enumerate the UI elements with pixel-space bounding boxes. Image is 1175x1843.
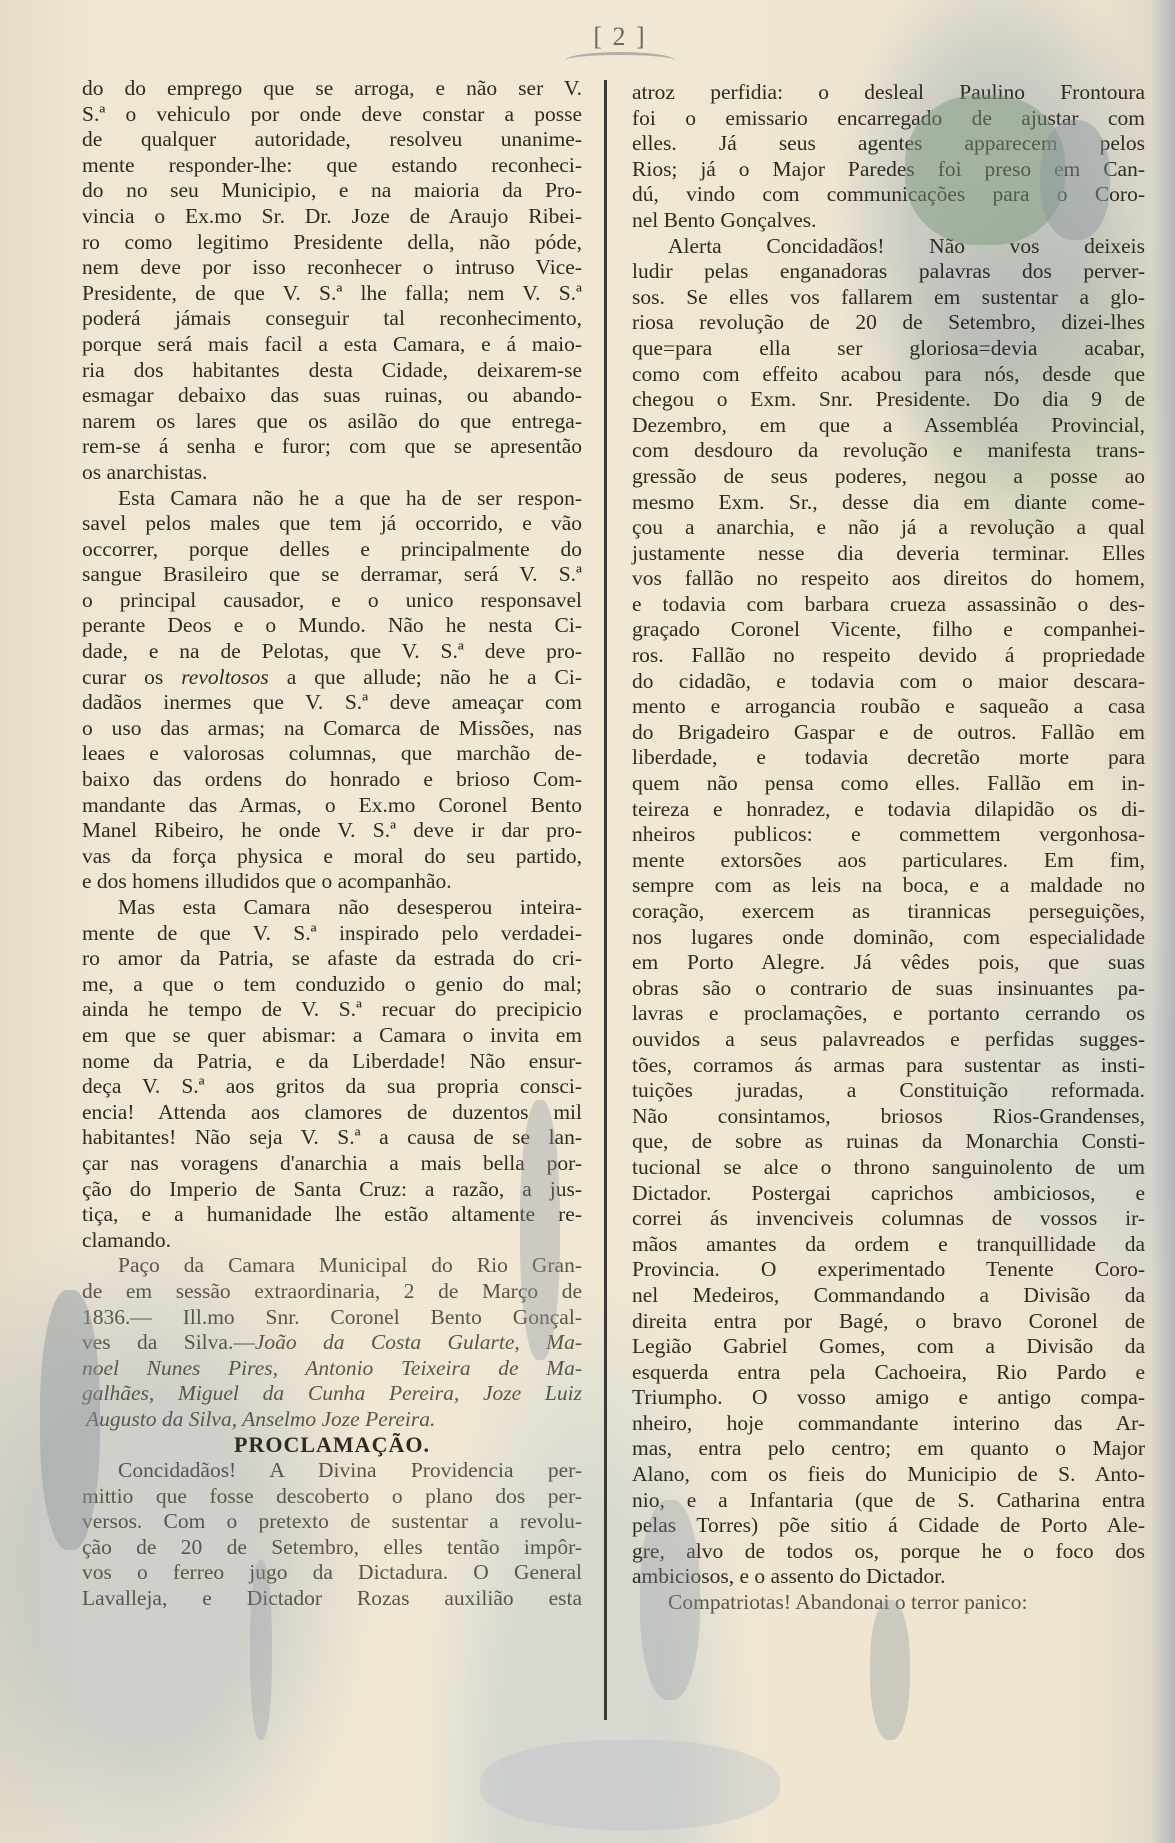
text-line: os anarchistas. <box>82 460 582 486</box>
text-line: do do emprego que se arroga, e não ser V… <box>82 76 582 102</box>
text-line: Provincia. O experimentado Tenente Coro- <box>632 1257 1145 1283</box>
text-line: perante Deos e o Mundo. Não he nesta Ci- <box>82 613 582 639</box>
text-line: sempre com as leis na boca, e a maldade … <box>632 873 1145 899</box>
text-line: como com effeito acabou para nós, desde … <box>632 362 1145 388</box>
text-fragment: a que allude; não he a Ci- <box>269 665 582 689</box>
text-line: Dezembro, em que a Assembléa Provincial, <box>632 413 1145 439</box>
page-number-flourish <box>565 52 675 69</box>
signature-block: Paço da Camara Municipal do Rio Gran- de… <box>82 1253 582 1432</box>
text-line: me, a que o tem conduzido o genio do mal… <box>82 972 582 998</box>
text-line: nheiros publicos: e commettem vergonhosa… <box>632 822 1145 848</box>
paragraph-responsibility: Esta Camara não he a que ha de ser respo… <box>82 486 582 896</box>
text-line: em Porto Alegre. Já vêdes pois, que suas <box>632 950 1145 976</box>
text-line: sangue Brasileiro que se derramar, será … <box>82 562 582 588</box>
text-line-mixed: curar os revoltosos a que allude; não he… <box>82 665 582 691</box>
text-line: nos lugares onde dominão, com especialid… <box>632 925 1145 951</box>
text-fragment: ves da Silva.— <box>82 1330 255 1354</box>
text-line: ainda he tempo de V. S.ª recuar do preci… <box>82 997 582 1023</box>
text-line: ção de 20 de Setembro, elles tentão impô… <box>82 1535 582 1561</box>
text-line: quem não pensa como elles. Fallão em in- <box>632 771 1145 797</box>
paragraph-council-reply: do do emprego que se arroga, e não ser V… <box>82 76 582 486</box>
text-line: porque será mais facil a esta Camara, e … <box>82 332 582 358</box>
column-divider <box>604 80 607 1720</box>
text-line: do no seu Municipio, e na maioria da Pro… <box>82 178 582 204</box>
text-line: sos. Se elles vos fallarem em sustentar … <box>632 285 1145 311</box>
text-line: o uso das armas; na Comarca de Missões, … <box>82 716 582 742</box>
text-line: mente de que V. S.ª inspirado pelo verda… <box>82 921 582 947</box>
text-line: nel Medeiros, Commandando a Divisão da <box>632 1283 1145 1309</box>
text-line: Manel Ribeiro, he onde V. S.ª deve ir da… <box>82 818 582 844</box>
text-line: pelas Torres) põe sitio á Cidade de Port… <box>632 1513 1145 1539</box>
proclamation-heading: PROCLAMAÇÃO. <box>82 1432 582 1458</box>
signatory-names: João da Costa Gularte, Ma- <box>255 1330 582 1354</box>
text-line: tiça, e a humanidade lhe estão altamente… <box>82 1202 582 1228</box>
text-line: savel pelos males que tem já occorrido, … <box>82 511 582 537</box>
text-line: Compatriotas! Abandonai o terror panico: <box>632 1590 1145 1616</box>
text-line: liberdade, e todavia decretão morte para <box>632 745 1145 771</box>
paragraph-alert: Alerta Concidadãos! Não vos deixeis ludi… <box>632 234 1145 1590</box>
text-line: 1836.— Ill.mo Snr. Coronel Bento Gonçal- <box>82 1305 582 1331</box>
left-column: do do emprego que se arroga, e não ser V… <box>82 76 582 1612</box>
text-line: Dictador. Postergai caprichos ambiciosos… <box>632 1181 1145 1207</box>
text-line: S.ª o vehiculo por onde deve constar a p… <box>82 102 582 128</box>
text-line: Triumpho. O vosso amigo e antigo compa- <box>632 1385 1145 1411</box>
text-line: rem-se á senha e furor; com que se apres… <box>82 434 582 460</box>
text-line: Não consintamos, briosos Rios-Grandenses… <box>632 1104 1145 1130</box>
text-line: versos. Com o pretexto de sustentar a re… <box>82 1509 582 1535</box>
text-line: mas, entra pelo centro; em quanto o Majo… <box>632 1436 1145 1462</box>
text-line: Lavalleja, e Dictador Rozas auxilião est… <box>82 1586 582 1612</box>
text-line: vincia o Ex.mo Sr. Dr. Joze de Araujo Ri… <box>82 204 582 230</box>
text-line: deça V. S.ª aos gritos da sua propria co… <box>82 1074 582 1100</box>
text-line: Rios; já o Major Paredes foi preso em Ca… <box>632 157 1145 183</box>
text-line: Legião Gabriel Gomes, com a Divisão da <box>632 1334 1145 1360</box>
text-line: narem os lares que os asilão do que entr… <box>82 409 582 435</box>
text-line: clamando. <box>82 1228 582 1254</box>
signatory-names: galhães, Miguel da Cunha Pereira, Joze L… <box>82 1381 582 1407</box>
text-line: mesmo Exm. Sr., desse dia em diante come… <box>632 490 1145 516</box>
text-line: do cidadão, e todavia com o maior descar… <box>632 669 1145 695</box>
text-line: de qualquer autoridade, resolveu unanime… <box>82 127 582 153</box>
text-line: çar nas voragens d'anarchia a mais bella… <box>82 1151 582 1177</box>
text-line: nio, e a Infantaria (que de S. Catharina… <box>632 1488 1145 1514</box>
text-line: riosa revolução de 20 de Setembro, dizei… <box>632 310 1145 336</box>
text-line: e dos homens illudidos que o acompanhão. <box>82 869 582 895</box>
text-line: mittio que fosse descoberto o plano dos … <box>82 1484 582 1510</box>
page-number: [ 2 ] <box>575 22 665 52</box>
text-line: gre, alvo de todos os, porque he o foco … <box>632 1539 1145 1565</box>
paragraph-perfidy: atroz perfidia: o desleal Paulino Fronto… <box>632 80 1145 234</box>
text-fragment: curar os <box>82 665 181 689</box>
proclamation-paragraph: Concidadãos! A Divina Providencia per- m… <box>82 1458 582 1612</box>
signatory-names: noel Nunes Pires, Antonio Teixeira de Ma… <box>82 1356 582 1382</box>
italic-term: revoltosos <box>181 665 269 689</box>
text-line: tucional se alce o throno sanguinolento … <box>632 1155 1145 1181</box>
text-line: vos fallão no respeito aos direitos do h… <box>632 566 1145 592</box>
text-line: correi ás invenciveis columnas de vossos… <box>632 1206 1145 1232</box>
text-line: mente extorsões aos particulares. Em fim… <box>632 848 1145 874</box>
text-line: mento e arrogancia roubão e saqueão a ca… <box>632 694 1145 720</box>
text-line: foi o emissario encarregado de ajustar c… <box>632 106 1145 132</box>
text-line: ria dos habitantes desta Cidade, deixare… <box>82 358 582 384</box>
text-line: justamente nesse dia deveria terminar. E… <box>632 541 1145 567</box>
text-line-mixed: ves da Silva.—João da Costa Gularte, Ma- <box>82 1330 582 1356</box>
paragraph-compatriots: Compatriotas! Abandonai o terror panico: <box>632 1590 1145 1616</box>
text-line: Alerta Concidadãos! Não vos deixeis <box>632 234 1145 260</box>
text-line: chegou o Exm. Snr. Presidente. Do dia 9 … <box>632 387 1145 413</box>
text-line: e todavia com barbara crueza assassinão … <box>632 592 1145 618</box>
text-line: nome da Patria, e da Liberdade! Não ensu… <box>82 1049 582 1075</box>
text-line: nheiro, hoje commandante interino das Ar… <box>632 1411 1145 1437</box>
text-line: Presidente, de que V. S.ª lhe falla; nem… <box>82 281 582 307</box>
text-line: tões, corramos ás armas para sustentar a… <box>632 1053 1145 1079</box>
text-line: teireza e honradez, e todavia dilapidão … <box>632 797 1145 823</box>
text-line: encia! Attenda aos clamores de duzentos … <box>82 1100 582 1126</box>
text-line: Mas esta Camara não desesperou inteira- <box>82 895 582 921</box>
text-line: nem deve por isso reconhecer o intruso V… <box>82 255 582 281</box>
text-line: de em sessão extraordinaria, 2 de Março … <box>82 1279 582 1305</box>
text-line: ludir pelas enganadoras palavras dos per… <box>632 259 1145 285</box>
text-line: Alano, com os fieis do Municipio de S. A… <box>632 1462 1145 1488</box>
text-line: esmagar debaixo das suas ruinas, ou aban… <box>82 383 582 409</box>
text-line: graçado Coronel Vicente, filho e companh… <box>632 617 1145 643</box>
paragraph-appeal: Mas esta Camara não desesperou inteira- … <box>82 895 582 1253</box>
text-line: com desdouro da revolução e manifesta tr… <box>632 438 1145 464</box>
text-line: esquerda entra pela Cachoeira, Rio Pardo… <box>632 1360 1145 1386</box>
text-line: vas da força physica e moral do seu part… <box>82 844 582 870</box>
text-line: nel Bento Gonçalves. <box>632 208 1145 234</box>
text-line: occorrer, porque delles e principalmente… <box>82 537 582 563</box>
text-line: em que se quer abismar: a Camara o invit… <box>82 1023 582 1049</box>
text-line: çou a anarchia, e não já a revolução a q… <box>632 515 1145 541</box>
text-line: Concidadãos! A Divina Providencia per- <box>82 1458 582 1484</box>
text-line: mente responder-lhe: que estando reconhe… <box>82 153 582 179</box>
text-line: ro amor da Patria, se afaste da estrada … <box>82 946 582 972</box>
text-line: mãos amantes da ordem e tranquillidade d… <box>632 1232 1145 1258</box>
text-line: obras são o contrario de suas insinuante… <box>632 976 1145 1002</box>
text-line: o principal causador, e o unico responsa… <box>82 588 582 614</box>
text-line: ro como legitimo Presidente della, não p… <box>82 230 582 256</box>
text-line: Paço da Camara Municipal do Rio Gran- <box>82 1253 582 1279</box>
text-line: vos o ferreo jugo da Dictadura. O Genera… <box>82 1560 582 1586</box>
text-line: lavras e proclamações, e portanto cerran… <box>632 1001 1145 1027</box>
text-line: ros. Fallão no respeito devido á proprie… <box>632 643 1145 669</box>
text-line: direita entra por Bagé, o bravo Coronel … <box>632 1309 1145 1335</box>
text-line: gressão de seus poderes, negou a posse a… <box>632 464 1145 490</box>
page-edge <box>1153 0 1175 1843</box>
text-line: ambiciosos, e o assento do Dictador. <box>632 1564 1145 1590</box>
right-column: atroz perfidia: o desleal Paulino Fronto… <box>632 80 1145 1616</box>
text-line: poderá jámais conseguir tal reconhecimen… <box>82 306 582 332</box>
text-line: dade, e na de Pelotas, que V. S.ª deve p… <box>82 639 582 665</box>
text-line: do Brigadeiro Gaspar e de outros. Fallão… <box>632 720 1145 746</box>
text-line: dadãos inermes que V. S.ª deve ameaçar c… <box>82 690 582 716</box>
signatory-names: Augusto da Silva, Anselmo Joze Pereira. <box>82 1407 582 1433</box>
text-line: elles. Já seus agentes apparecem pelos <box>632 131 1145 157</box>
text-line: ção do Imperio de Santa Cruz: a razão, a… <box>82 1177 582 1203</box>
text-line: tuições juradas, a Constituição reformad… <box>632 1078 1145 1104</box>
text-line: que=para ella ser gloriosa=devia acabar, <box>632 336 1145 362</box>
text-line: que, de sobre as ruinas da Monarchia Con… <box>632 1129 1145 1155</box>
text-line: Esta Camara não he a que ha de ser respo… <box>82 486 582 512</box>
text-line: atroz perfidia: o desleal Paulino Fronto… <box>632 80 1145 106</box>
text-line: habitantes! Não seja V. S.ª a causa de s… <box>82 1125 582 1151</box>
text-line: dú, vindo com communicações para o Coro- <box>632 182 1145 208</box>
text-line: coração, exercem as tirannicas perseguiç… <box>632 899 1145 925</box>
text-line: ouvidos a seus palavreados e perfidas su… <box>632 1027 1145 1053</box>
text-line: baixo das ordens do honrado e brioso Com… <box>82 767 582 793</box>
text-line: mandante das Armas, o Ex.mo Coronel Bent… <box>82 793 582 819</box>
text-line: leaes e valorosas columnas, que marchão … <box>82 741 582 767</box>
